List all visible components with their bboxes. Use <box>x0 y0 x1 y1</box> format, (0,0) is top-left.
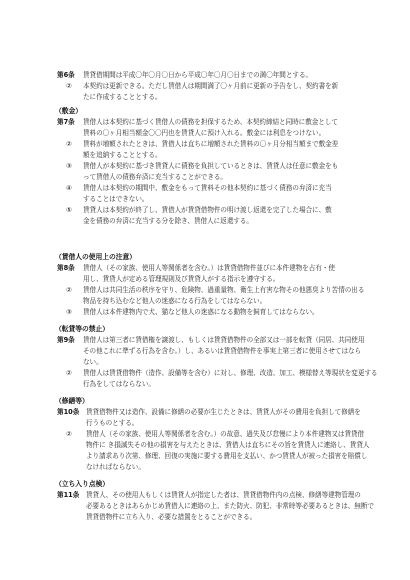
paragraph-number: ⑤ <box>66 206 72 215</box>
section-heading: （転貸等の禁止） <box>55 325 109 334</box>
body-text-line: 賃借人が本契約に基づき賃貸人に債務を負担しているときは、賃貸人は任意に敷金をも <box>83 162 338 171</box>
article-number: 第7条 <box>57 118 75 127</box>
body-text-line: 賃貸人は本契約が終了し、賃借人が賃貸借物件の明け渡し返還を完了した場合に、敷 <box>83 206 332 215</box>
body-text-line: 金を債務の弁済に充当する分を除き、賃借人に返還する。 <box>83 217 253 226</box>
body-text-line: 物品を持ち込むなど他人の迷惑になる行為をしてはならない。 <box>83 297 266 306</box>
body-text-line: 行うものとする。 <box>86 419 138 428</box>
body-text-line: 本契約は更新できる。ただし賃借人は期間満了〇ヶ月前に更新の予告をし、契約書を新 <box>83 82 338 91</box>
body-text-line: 物件に き損滅失その他の損害を与えたときは、賃借人は直ちにその旨を賃貸人に連絡し… <box>86 441 369 450</box>
article-number: 第8条 <box>57 264 75 273</box>
body-text-line: なければならない。 <box>86 463 145 472</box>
article-number: 第6条 <box>57 71 75 80</box>
body-text-line: たに作成することとする。 <box>83 93 162 102</box>
document-page: 第6条賃貸借期間は平成〇年〇月〇日から平成〇年〇月〇日までの満〇年間とする。②本… <box>0 0 410 580</box>
section-heading: （賃借人の使用上の注意） <box>55 253 136 262</box>
body-text-line: 賃借人（その家族、使用人等関係者を含む。）は賃貸借物件並びに本件建物を占有・使 <box>83 264 335 273</box>
body-text-line: 賃料が増額されたときは、賃借人は直ちに増額された賃料の〇ヶ月分相当額まで敷金差 <box>83 140 338 149</box>
paragraph-number: ② <box>66 369 72 378</box>
paragraph-number: ② <box>66 430 72 439</box>
article-number: 第11条 <box>57 491 79 500</box>
paragraph-number: ② <box>66 82 72 91</box>
body-text-line: 賃貸借物件に立ち入り、必要な措置をとることができる。 <box>86 513 256 522</box>
body-text-line: 賃料の〇ヶ月相当額金〇〇円也を賃貸人に預け入れる。敷金には利息をつけない。 <box>83 129 325 138</box>
body-text-line: 用し、賃貸人が定める管理規則及び賃貸人がする指示を遵守する。 <box>83 275 279 284</box>
paragraph-number: ② <box>66 286 72 295</box>
body-text-line: 賃借人は賃貸借物件（造作、設備等を含む）に対し、修理、改造、加工、模様替え等現状… <box>83 369 377 378</box>
section-heading: （修繕等） <box>55 397 89 406</box>
body-text-line: 賃借人は本契約に基づく賃借人の債務を担保するため、本契約締結と同時に敷金として <box>83 118 338 127</box>
body-text-line: 行為をしてはならない。 <box>83 380 155 389</box>
body-text-line: ない。 <box>83 358 103 367</box>
body-text-line: 賃借人は第三者に賃借権を譲渡し、もしくは賃貸借物件の全部又は一部を転貸（同居、共… <box>83 336 364 345</box>
body-text-line: より請求あり次第、修理、回復の実施に要する費用を支払い、かつ賃貸人が被った損害を… <box>86 452 367 461</box>
body-text-line: 賃貸人、その使用人もしくは賃貸人が指定した者は、賃貸借物件内の点検、修繕等建物管… <box>86 491 361 500</box>
body-text-line: 額を追納することとする。 <box>83 151 162 160</box>
paragraph-number: ② <box>66 140 72 149</box>
paragraph-number: ③ <box>66 162 72 171</box>
section-heading: （敷金） <box>55 107 82 116</box>
body-text-line: 賃借人は本件建物内で犬、猫など他人の迷惑になる動物を飼育してはならない。 <box>83 308 319 317</box>
body-text-line: 賃貸借期間は平成〇年〇月〇日から平成〇年〇月〇日までの満〇年間とする。 <box>83 71 312 80</box>
body-text-line: 賃借人は共同生活の秩序を守り、危険物、過重量物、衛生上有害な物その他悪臭より苦情… <box>83 286 364 295</box>
article-number: 第9条 <box>57 336 75 345</box>
body-text-line: って賃借人の債務弁済に充当することができる。 <box>83 173 227 182</box>
body-text-line: 賃貸借物件又は造作、設備に修繕の必要が生じたときは、賃貸人がその費用を負担して修… <box>86 408 361 417</box>
paragraph-number: ④ <box>66 184 72 193</box>
section-heading: （立ち入り点検） <box>55 480 109 489</box>
body-text-line: することはできない。 <box>83 195 148 204</box>
body-text-line: その他これに準ずる行為を含む。）し、あるいは賃貸借物件を事実上第三者に使用させて… <box>83 347 361 356</box>
body-text-line: 必要あるときはあらかじめ賃借人に連絡の上、また防火、防犯、非常時等必要あるときは… <box>86 502 374 511</box>
body-text-line: 賃借人（その家族、使用人等関係者を含む。）の故意、過失及び怠慢により本件建物又は… <box>86 430 364 439</box>
article-number: 第10条 <box>57 408 79 417</box>
body-text-line: 賃借人は本契約の期間中、敷金をもって賃料その他本契約に基づく債務の弁済に充当 <box>83 184 332 193</box>
paragraph-number: ③ <box>66 308 72 317</box>
